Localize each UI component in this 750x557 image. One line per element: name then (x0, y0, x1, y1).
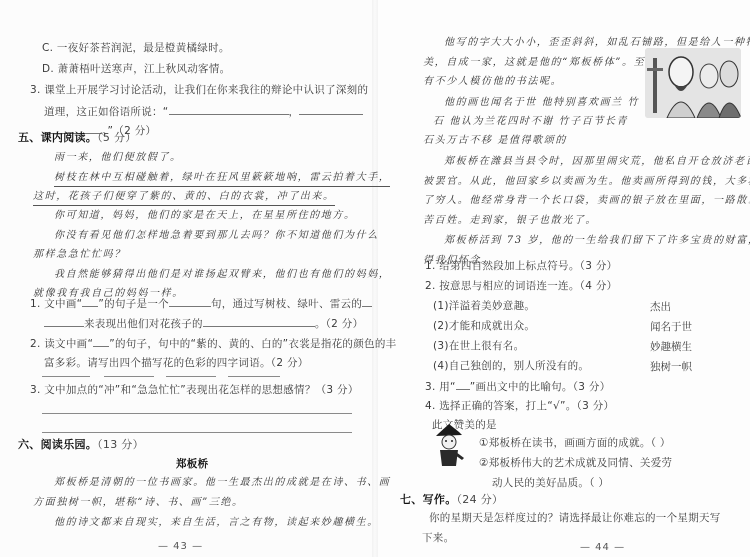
writing-prompt-line-2: 下来。 (422, 531, 454, 545)
s5-question-3: 3. 文中加点的“冲”和“急急忙忙”表现出花怎样的思想感情？（3 分） (30, 383, 359, 397)
answer-blank[interactable] (169, 104, 289, 115)
scholars-illustration (645, 48, 741, 118)
s5-question-2-line-1: 2. 读文中画“”的句子，句中的“紫的、黄的、白的”衣裳是指花的颜色的丰 (30, 336, 396, 351)
s6-question-2: 2. 按意思与相应的词语连一连。（4 分） (425, 279, 617, 293)
match-right-item[interactable]: 妙趣横生 (650, 339, 692, 354)
section-6-heading: 六、阅读乐园。（13 分） (18, 438, 144, 452)
s5-question-2-line-2: 富多彩。请写出四个描写花的色彩的四字词语。（2 分） (44, 356, 309, 370)
passage-line: 雨一来，他们便放假了。 (54, 151, 182, 165)
s6-question-1: 1. 给第四自然段加上标点符号。（3 分） (425, 259, 617, 273)
match-left-item[interactable]: (4)自己独创的，别人所没有的。 (433, 359, 589, 373)
section-5-heading: 五、课内阅读。（5 分） (18, 131, 137, 145)
match-right-item[interactable]: 独树一帜 (650, 359, 692, 374)
passage-line: 他的诗文都来自现实，来自生活，言之有物，读起来妙趣横生。 (54, 516, 379, 530)
answer-blank[interactable] (42, 376, 90, 377)
answer-blank[interactable] (104, 376, 154, 377)
writing-prompt-line-1: 你的星期天是怎样度过的？请选择最让你难忘的一个星期天写 (429, 511, 721, 525)
passage-line: 郑板桥在潍县当县令时，因那里闹灾荒，他私自开仓放济老百姓而 (444, 155, 750, 169)
answer-blank[interactable] (299, 104, 363, 115)
option-d: D. 萧萧梧叶送寒声，江上秋风动客情。 (42, 62, 230, 76)
question-4-option-1[interactable]: ①郑板桥在读书，画画方面的成就。（ ） (479, 436, 671, 450)
match-right-item[interactable]: 闻名于世 (650, 319, 692, 334)
answer-line[interactable] (42, 413, 352, 414)
passage-line: 被罢官。从此，他回家乡以卖画为生。他卖画所得到的钱，大多救济 (423, 175, 750, 189)
passage-line: 有不少人模仿他的书法呢。 (423, 75, 562, 89)
illustration-icon (645, 48, 741, 118)
passage-line: 我自然能够猜得出他们是对谁扬起双臂来，他们也有他们的妈妈， (54, 268, 390, 282)
passage-line: 你没有看见他们怎样地急着要到那儿去吗？你不知道他们为什么 (54, 229, 379, 243)
match-right-item[interactable]: 杰出 (650, 299, 671, 314)
underline-sample (456, 379, 470, 390)
question-4-option-2-cont: 动人民的美好品质。（ ） (492, 476, 609, 490)
passage-line: 他的画也闻名于世 他特别喜欢画兰 竹 (444, 96, 639, 110)
page-number: — 43 — (158, 541, 203, 552)
s5-question-1-line-2: 来表现出他们对花孩子的。（2 分） (44, 316, 363, 331)
answer-blank[interactable] (362, 296, 372, 307)
underline-sample (82, 296, 98, 307)
question-3-line-1: 3. 课堂上开展学习讨论活动，让我们在你来我往的辩论中认识了深刻的 (30, 83, 368, 97)
passage-line: 石头万古不移 是值得歌颂的 (423, 134, 567, 148)
passage-line-underlined: 这时，花孩子们便穿了紫的、黄的、白的衣裳，冲了出来。 (33, 190, 335, 206)
passage-line: 郑板桥活到 73 岁，他的一生给我们留下了许多宝贵的财富，永远值 (444, 234, 750, 248)
passage-line: 郑板桥是清朝的一位书画家。他一生最杰出的成就是在诗、书、画 (54, 476, 390, 490)
passage-line: 石 他认为兰花四时不谢 竹子百节长青 (433, 115, 628, 129)
passage-title: 郑板桥 (176, 457, 208, 471)
answer-line[interactable] (42, 432, 352, 433)
s5-question-1-line-1: 1. 文中画“”的句子是一个句，通过写树枝、绿叶、雷云的 (30, 296, 372, 311)
answer-blank[interactable] (166, 376, 216, 377)
option-c: C. 一夜好茶苔润泥，最是橙黄橘绿时。 (42, 41, 230, 55)
cartoon-character (432, 422, 466, 468)
answer-blank[interactable] (228, 376, 280, 377)
cartoon-character-icon (432, 422, 466, 468)
passage-line: 那样急急忙忙吗？ (33, 248, 126, 262)
question-3-line-2: 道理，这正如俗语所说：“， (44, 104, 363, 119)
passage-line: 苦百姓。走到家，银子也散光了。 (423, 214, 597, 228)
passage-line: 方面独树一帜，堪称“诗、书、画”三绝。 (33, 496, 244, 510)
match-left-item[interactable]: (3)在世上很有名。 (433, 339, 524, 353)
answer-blank[interactable] (44, 316, 84, 327)
answer-blank[interactable] (169, 296, 211, 307)
section-7-heading: 七、写作。（24 分） (400, 493, 503, 507)
match-left-item[interactable]: (1)洋溢着美妙意趣。 (433, 299, 535, 313)
passage-line: 美，自成一家，这就是他的“郑板桥体”。至今还 (423, 56, 668, 70)
page-number: — 44 — (580, 542, 625, 553)
s6-question-4: 4. 选择正确的答案，打上“√”。（3 分） (425, 399, 614, 413)
s6-question-3: 3. 用“”画出文中的比喻句。（3 分） (425, 379, 611, 394)
passage-line: 你可知道，妈妈，他们的家是在天上，在星星所住的地方。 (54, 209, 356, 223)
passage-line-underlined: 树枝在林中互相碰触着，绿叶在狂风里簌簌地响，雷云拍着大手， (54, 171, 390, 187)
match-left-item[interactable]: (2)才能和成就出众。 (433, 319, 535, 333)
answer-blank[interactable] (203, 316, 315, 327)
underline-sample (93, 336, 109, 347)
question-4-option-2[interactable]: ②郑板桥伟大的艺术成就及同情、关爱劳 (479, 456, 672, 470)
passage-line: 了穷人。他经常身背一个长口袋，卖画的银子放在里面，一路散发给穷 (423, 194, 750, 208)
